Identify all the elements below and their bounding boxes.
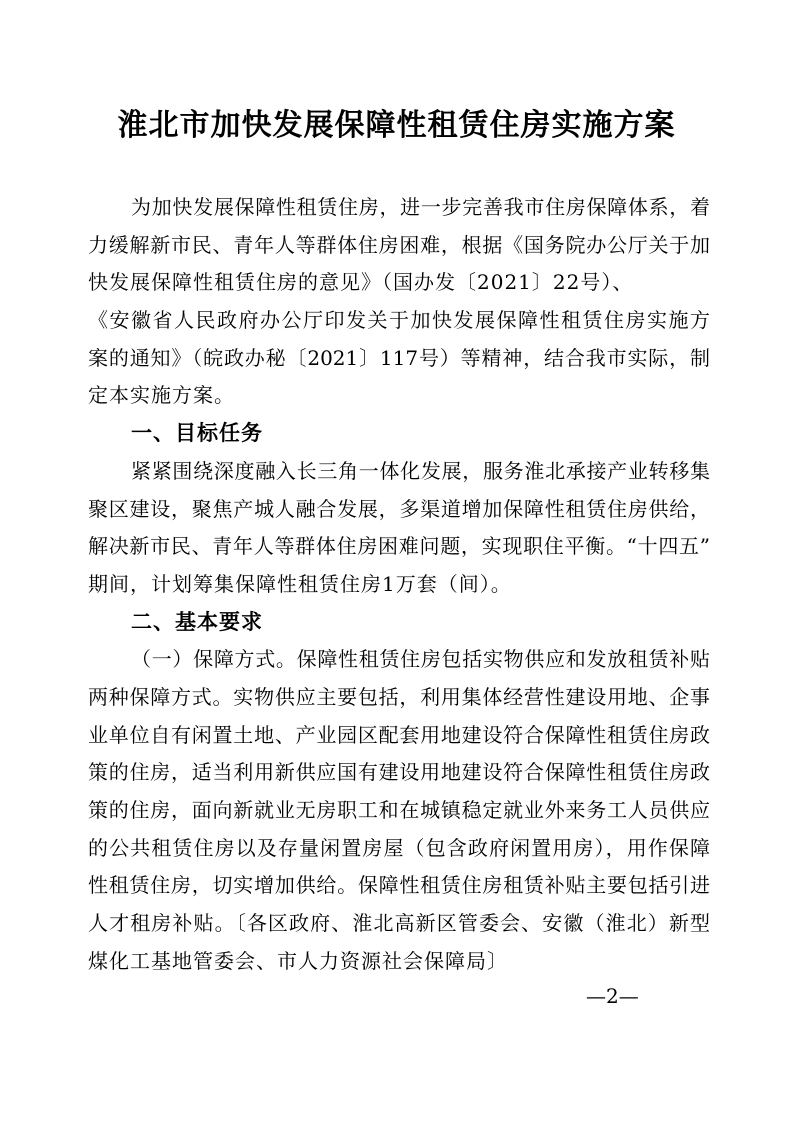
document-page: 淮北市加快发展保障性租赁住房实施方案 为加快发展保障性租赁住房，进一步完善我市住… [0,0,793,1122]
text-line: 两种保障方式。实物供应主要包括，利用集体经营性建设用地、企事 [88,679,710,717]
text-line: 《安徽省人民政府办公厅印发关于加快发展保障性租赁住房实施方 [88,302,710,340]
section-heading: 二、基本要求 [88,604,710,642]
text-line: 快发展保障性租赁住房的意见》（国办发〔2021〕22号）、 [88,264,710,302]
text-line: 性租赁住房，切实增加供给。保障性租赁住房租赁补贴主要包括引进 [88,867,710,905]
text-line: 煤化工基地管委会、市人力资源社会保障局〕 [88,943,710,981]
page-number: —2— [586,984,639,1008]
text-line: 案的通知》（皖政办秘〔2021〕117号）等精神，结合我市实际，制 [88,340,710,378]
text-line: 业单位自有闲置土地、产业园区配套用地建设符合保障性租赁住房政 [88,717,710,755]
text-line: 人才租房补贴。〔各区政府、淮北高新区管委会、安徽（淮北）新型 [88,905,710,943]
text-line: 聚区建设，聚焦产城人融合发展，多渠道增加保障性租赁住房供给， [88,491,710,529]
document-body: 为加快发展保障性租赁住房，进一步完善我市住房保障体系，着 力缓解新市民、青年人等… [88,189,710,980]
text-line: 紧紧围绕深度融入长三角一体化发展，服务淮北承接产业转移集 [88,453,710,491]
text-line: 策的住房，面向新就业无房职工和在城镇稳定就业外来务工人员供应 [88,792,710,830]
text-line: 为加快发展保障性租赁住房，进一步完善我市住房保障体系，着 [88,189,710,227]
text-line: 定本实施方案。 [88,377,710,415]
text-line: 的公共租赁住房以及存量闲置房屋（包含政府闲置用房），用作保障 [88,830,710,868]
text-line: 力缓解新市民、青年人等群体住房困难，根据《国务院办公厅关于加 [88,227,710,265]
text-line: 策的住房，适当利用新供应国有建设用地建设符合保障性租赁住房政 [88,754,710,792]
document-title: 淮北市加快发展保障性租赁住房实施方案 [0,104,793,148]
section-heading: 一、目标任务 [88,415,710,453]
text-line: 解决新市民、青年人等群体住房困难问题，实现职住平衡。“十四五” [88,528,710,566]
text-line: 期间，计划筹集保障性租赁住房1万套（间）。 [88,566,710,604]
text-line: （一）保障方式。保障性租赁住房包括实物供应和发放租赁补贴 [88,641,710,679]
